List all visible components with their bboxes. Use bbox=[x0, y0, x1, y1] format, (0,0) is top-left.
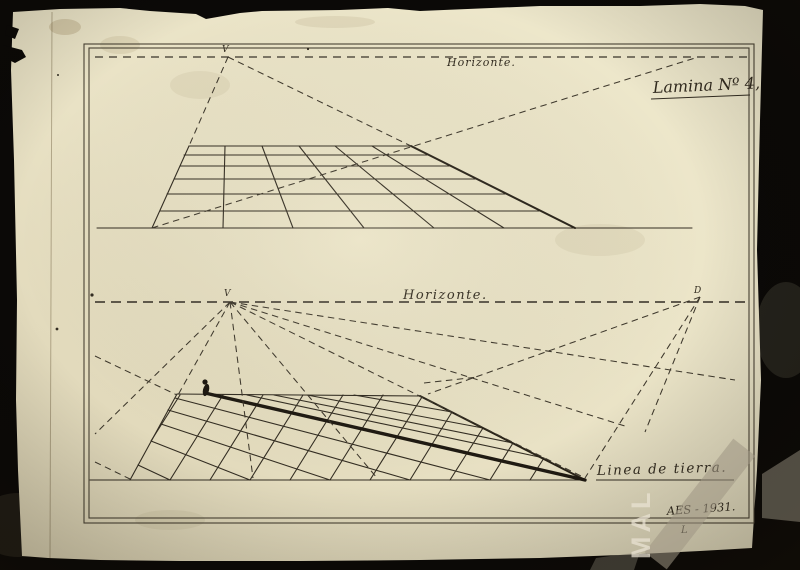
photo-of-perspective-drawing-sheet: Horizonte. V Lamina Nº 4, Horizonte. V D… bbox=[0, 0, 800, 570]
drawing-canvas: Horizonte. V Lamina Nº 4, Horizonte. V D… bbox=[0, 0, 800, 570]
watermark-text: MAL bbox=[626, 489, 656, 559]
vignette-overlay bbox=[0, 0, 800, 570]
